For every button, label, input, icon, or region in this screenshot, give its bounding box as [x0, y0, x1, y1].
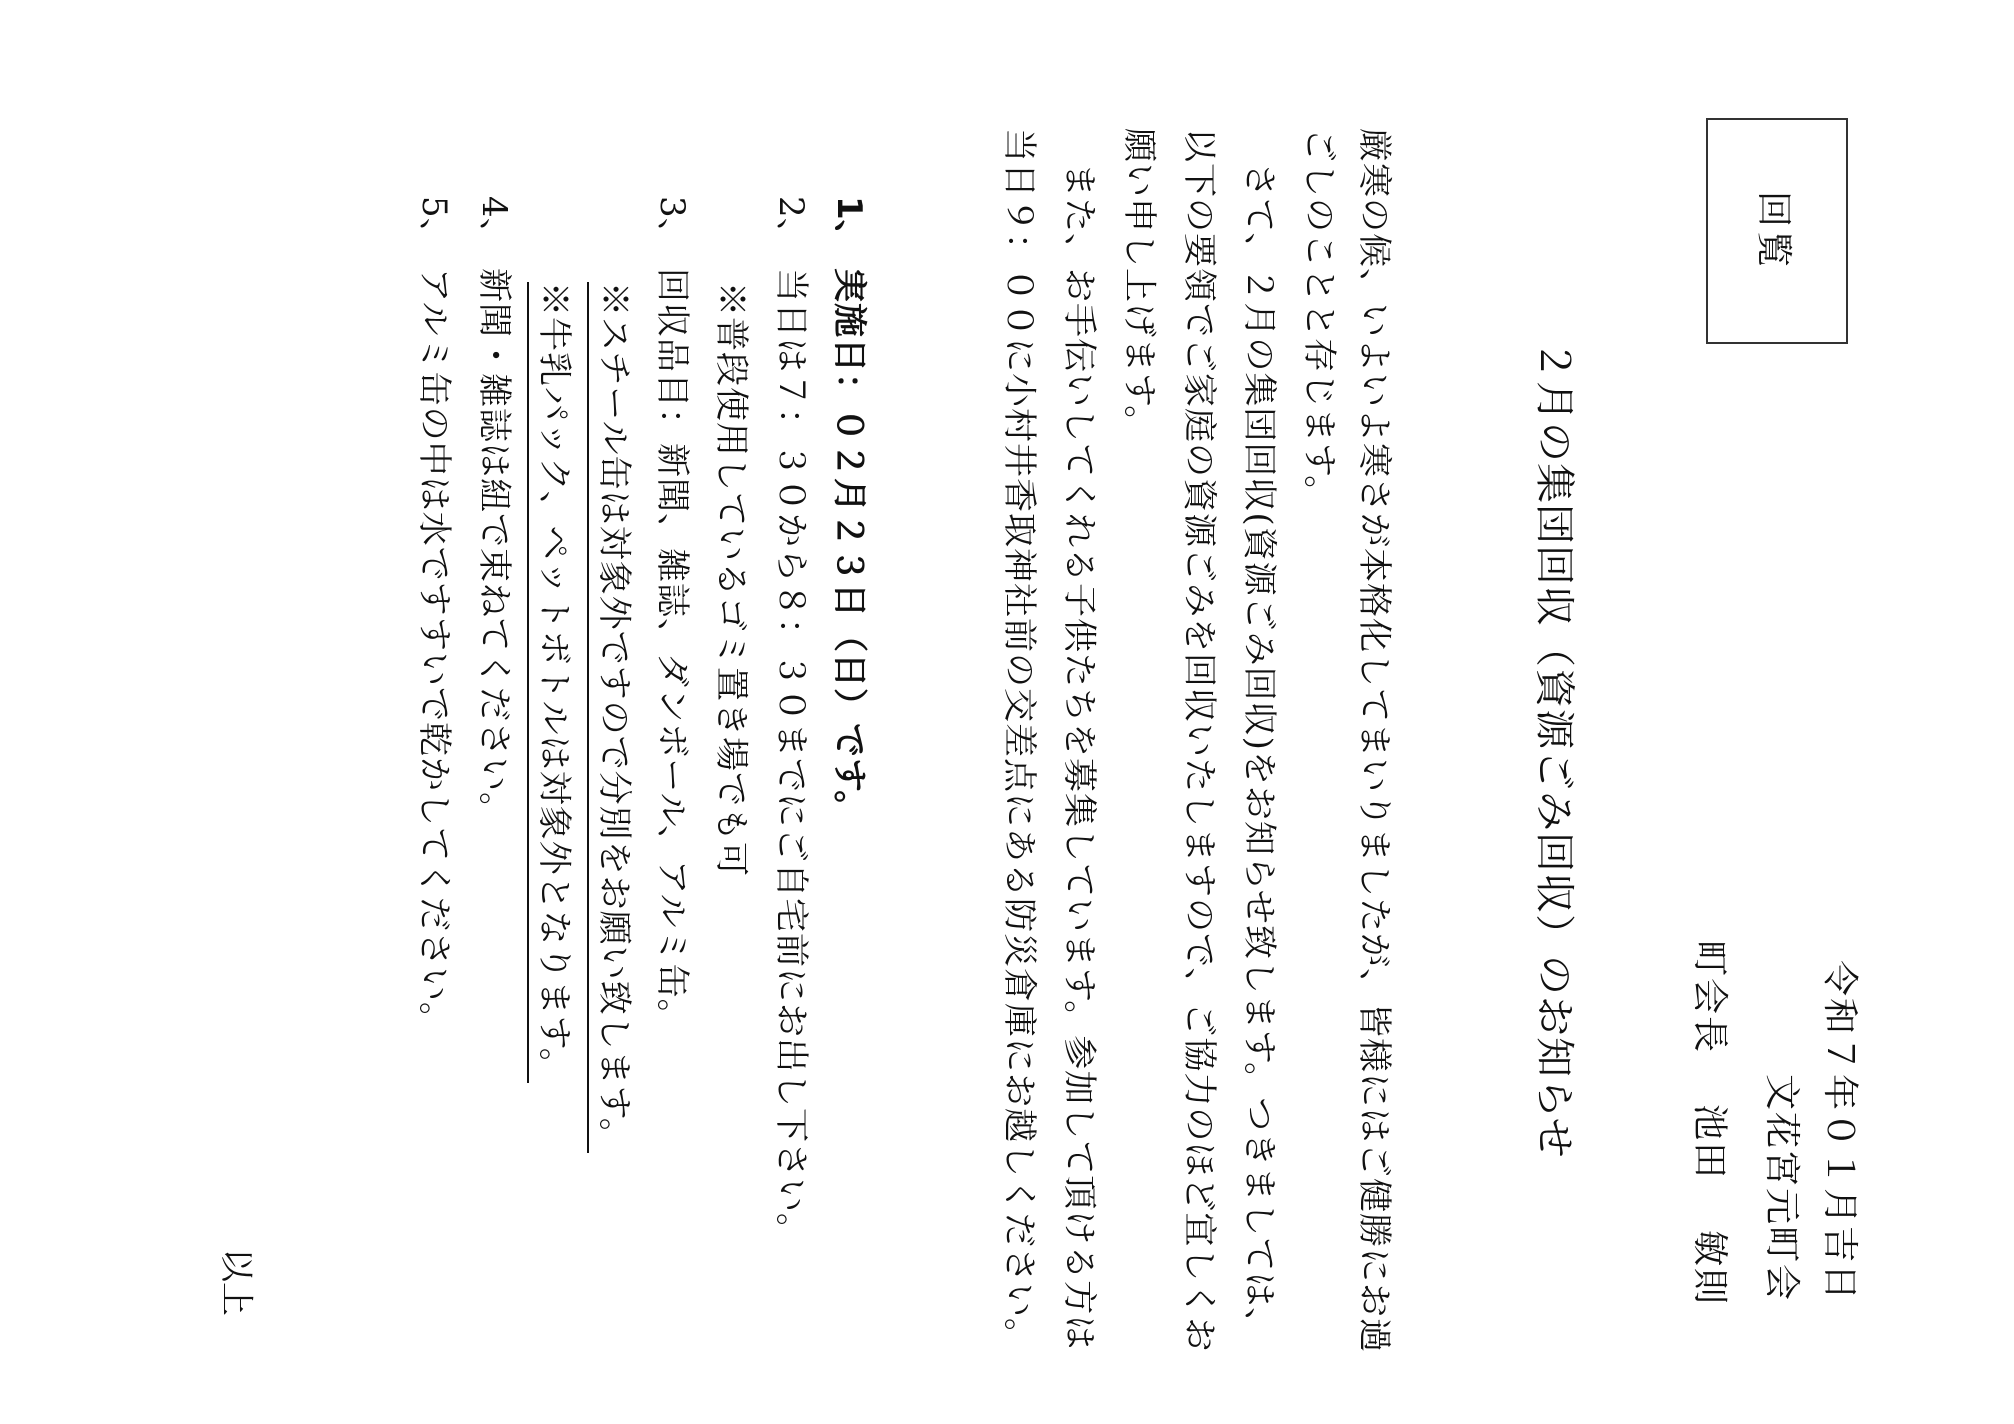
chair-surname: 池田 [1687, 1104, 1738, 1180]
circulation-stamp-box: 回覧 [1706, 118, 1848, 344]
paragraph-line: さて、２月の集団回収(資源ごみ回収)をお知らせ致します。つきましては、 [1238, 128, 1287, 1342]
list-item-aluminum-cans: アルミ缶の中は水ですすいで乾かしてください。 [413, 268, 462, 1037]
chairperson-line: 町会長池田敏則 [1687, 940, 1738, 1306]
paragraph-line: ごしのことと存じます。 [1298, 128, 1347, 510]
organization-name: 文花宮元町会 [1759, 1074, 1810, 1302]
list-number: 5、 [413, 196, 462, 252]
chair-given-name: 敏則 [1687, 1230, 1738, 1306]
circulation-label: 回覧 [1752, 191, 1803, 271]
chair-title: 町会長 [1687, 940, 1738, 1054]
list-number: 2、 [770, 196, 819, 252]
paragraph-line: 厳寒の候、いよいよ寒さが本格化してまいりましたが、皆様にはご健勝にお過 [1353, 128, 1402, 1353]
list-note-steel-cans: ※スチール缶は対象外ですので分別をお願い致します。 [587, 282, 642, 1153]
paragraph-line: また、お手伝いしてくれる子供たちを募集しています。参加して頂ける方は [1058, 128, 1107, 1350]
list-note-milk-cartons: ※牛乳パック、ペットボトルは対象外となります。 [527, 282, 582, 1083]
list-number: 1、 [828, 196, 877, 254]
list-item-time: 当日は７：３０から８：３０までにご自宅前にお出し下さい。 [770, 268, 819, 1248]
document-page: 回覧 令和７年０１月吉日 文花宮元町会 町会長池田敏則 ２月の集団回収（資源ごみ… [0, 0, 2014, 1424]
list-number: 4、 [473, 196, 522, 252]
list-item-newspaper-bundling: 新聞・雑誌は紐で束ねてください。 [473, 268, 522, 827]
paragraph-line: 当日９：００に小村井香取神社前の交差点にある防災倉庫にお越しください。 [998, 128, 1047, 1353]
document-title: ２月の集団回収（資源ごみ回収）のお知らせ [1529, 340, 1586, 1159]
paragraph-line: 以下の要領でご家庭の資源ごみを回収いたしますので、ご協力のほど宜しくお [1178, 128, 1227, 1352]
list-note: ※普段使用しているゴミ置き場でも可 [710, 282, 759, 877]
paragraph-line: 願い申し上げます。 [1118, 128, 1167, 440]
list-item-collected-items: 回収品目：新聞、雑誌、ダンボール、アルミ缶。 [651, 268, 700, 1034]
closing-mark: 以上 [215, 1248, 264, 1316]
list-number: 3、 [651, 196, 700, 252]
issue-date: 令和７年０１月吉日 [1817, 960, 1868, 1302]
list-item-event-date: 実施日：０２月２３日（日）です。 [828, 268, 877, 825]
